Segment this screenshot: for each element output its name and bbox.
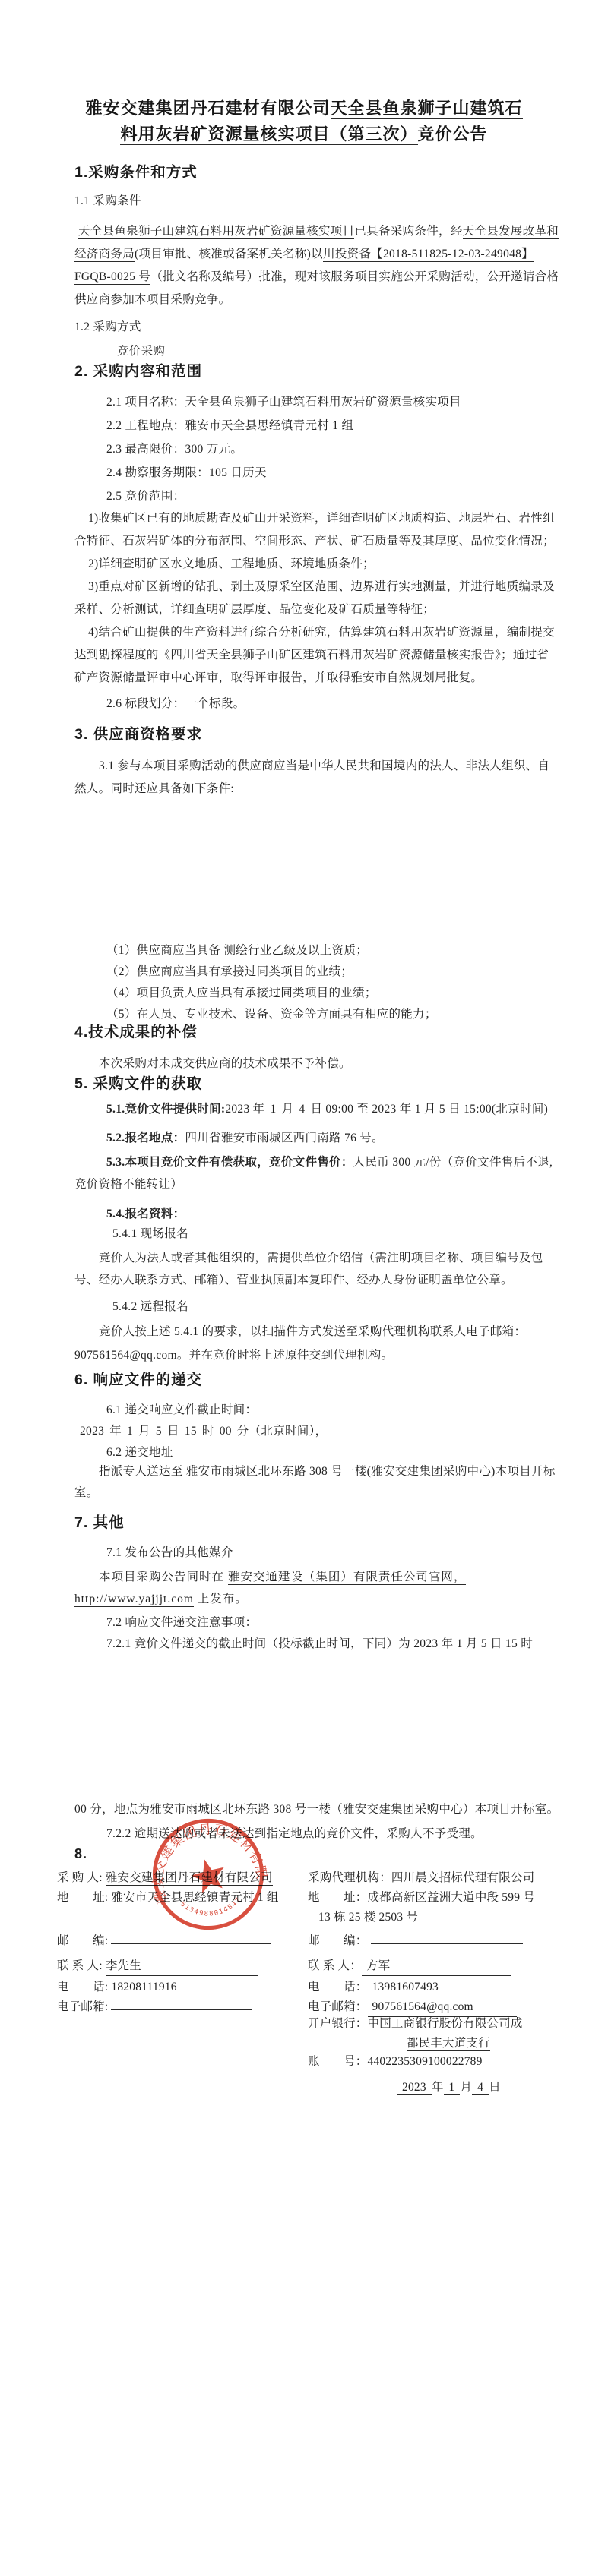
- procurement-method: 竞价采购: [74, 340, 603, 363]
- buyer-zip-label: 邮 编:: [57, 1934, 108, 1947]
- item-service-period: 2.4 勘察服务期限：105 日历天: [74, 461, 561, 485]
- req-item-1: （1）供应商应当具备 测绘行业乙级及以上资质；: [74, 940, 561, 961]
- doc-title-line-1: 雅安交建集团丹石建材有限公司天全县鱼泉狮子山建筑石: [0, 96, 608, 121]
- time-text: 日 09:00 至 2023 年 1 月 5 日 15:00(北京时间): [310, 1103, 548, 1116]
- item-remote-registration: 5.4.2 远程报名: [74, 1296, 599, 1318]
- time-sep: 年: [109, 1425, 122, 1438]
- announcement-date: 2023年1月4日: [397, 2079, 501, 2096]
- section-5-heading: 5. 采购文件的获取: [74, 1074, 561, 1094]
- time-text: 2023 年: [225, 1103, 264, 1116]
- title-project-part1: 天全县鱼泉狮子山建筑石: [331, 99, 523, 119]
- agency-bank-row: 开户银行：中国工商银行股份有限公司成: [308, 2016, 523, 2032]
- section-4-heading: 4.技术成果的补偿: [74, 1022, 561, 1042]
- title-project-part2: 料用灰岩矿资源量核实项目（第三次）: [120, 125, 417, 145]
- page-break-gap: [0, 805, 608, 934]
- qualification-list: （1）供应商应当具备 测绘行业乙级及以上资质； （2）供应商应当具有承接过同类项…: [74, 940, 561, 1025]
- para-text: (项目审批、核准或备案机关名称)以: [135, 248, 323, 260]
- page-break-gap: [0, 1656, 608, 1792]
- scanned-announcement-document: 雅安交建集团丹石建材有限公司天全县鱼泉狮子山建筑石 料用灰岩矿资源量核实项目（第…: [0, 0, 608, 2576]
- buyer-label: 采 购 人:: [57, 1871, 103, 1884]
- agency-phone: 13981607493: [368, 1979, 517, 1997]
- month-underlined: 1: [122, 1425, 138, 1438]
- time-sep: 时: [202, 1425, 214, 1438]
- item-project-location: 2.2 工程地点：雅安市天全县思经镇青元村 1 组: [74, 414, 561, 437]
- agency-bank-row-2: 都民丰大道支行: [308, 2035, 490, 2052]
- agency-bank-line2: 都民丰大道支行: [407, 2037, 490, 2051]
- buyer-phone: 18208111916: [111, 1979, 263, 1997]
- publisher-website-name: 雅安交通建设（集团）有限责任公司官网，: [228, 1571, 467, 1585]
- section-6-heading: 6. 响应文件的递交: [74, 1370, 561, 1390]
- agency-account-label: 账 号：: [308, 2055, 368, 2068]
- buyer-contact-row: 联 系 人: 李先生: [57, 1958, 258, 1976]
- para-text: 已具备采购条件，经: [354, 225, 462, 238]
- buyer-email-blank: [111, 1999, 252, 2010]
- agency-zip-blank: [371, 1933, 523, 1944]
- year-underlined: 2023: [74, 1425, 109, 1438]
- section-7-heading: 7. 其他: [74, 1513, 561, 1533]
- item-onsite-registration: 5.4.1 现场报名: [74, 1223, 599, 1245]
- section-1-2-subheading: 1.2 采购方式: [74, 317, 561, 337]
- buyer-address-label: 地 址:: [57, 1891, 108, 1904]
- date-sep: 日: [489, 2081, 501, 2094]
- para-text: 指派专人送达至: [99, 1465, 186, 1478]
- company-seal-icon: 雅安交建集团丹石建材有限公司 5134988014847: [144, 1810, 272, 1938]
- agency-address: 成都高新区益洲大道中段 599 号: [368, 1891, 535, 1904]
- title-company: 雅安交建集团丹石建材有限公司: [85, 99, 330, 118]
- delivery-address-underlined: 雅安市雨城区北环东路 308 号一楼(雅安交建集团采购中心): [186, 1465, 496, 1479]
- agency-email-label: 电子邮箱：: [308, 2000, 368, 2013]
- agency-row: 采购代理机构：四川晨文招标代理有限公司: [308, 1870, 534, 1886]
- agency-address-label: 地 址：: [308, 1891, 368, 1904]
- section-3-heading: 3. 供应商资格要求: [74, 724, 561, 744]
- section-1-heading: 1.采购条件和方式: [74, 163, 561, 182]
- agency-email-row: 电子邮箱：907561564@qq.com: [308, 1999, 517, 2017]
- item-lot-division: 2.6 标段划分：一个标段。: [74, 693, 593, 715]
- seal-company-text: 雅安交建集团丹石建材有限公司: [144, 1810, 271, 1909]
- time-text: 月: [282, 1103, 294, 1116]
- para-supplier-qualification: 3.1 参与本项目采购活动的供应商应当是中华人民共和国境内的法人、非法人组织、自…: [74, 755, 561, 800]
- date-month: 1: [444, 2081, 461, 2095]
- req-qualification-underlined: 测绘行业乙级及以上资质: [223, 944, 356, 958]
- buyer-contact-name: 李先生: [106, 1958, 258, 1976]
- agency-bank-label: 开户银行：: [308, 2017, 368, 2030]
- website-url-text: http://www.yajjjt.com: [74, 1593, 194, 1607]
- section-2-items: 2.1 项目名称：天全县鱼泉狮子山建筑石料用灰岩矿资源量核实项目 2.2 工程地…: [74, 390, 561, 508]
- agency-email-text: 907561564@qq.com: [74, 1349, 177, 1362]
- agency-account-row: 账 号：4402235309100022789: [308, 2054, 483, 2070]
- date-day: 4: [472, 2081, 489, 2095]
- date-sep: 月: [460, 2081, 472, 2094]
- agency-address-row-2: 13 栋 25 楼 2503 号: [308, 1909, 418, 1926]
- item-doc-price: 5.3.本项目竞价文件有偿获取，竞价文件售价：人民币 300 元/份（竞价文件售…: [74, 1151, 561, 1195]
- agency-zip-label: 邮 编：: [308, 1934, 368, 1947]
- item-bidding-scope-label: 2.5 竞价范围：: [74, 485, 561, 508]
- buyer-contact-label: 联 系 人:: [57, 1959, 103, 1972]
- req-text: （1）供应商应当具备: [106, 944, 223, 957]
- agency-account-number: 4402235309100022789: [368, 2055, 483, 2069]
- item-project-name: 2.1 项目名称：天全县鱼泉狮子山建筑石料用灰岩矿资源量核实项目: [74, 390, 561, 414]
- hour-underlined: 15: [179, 1425, 202, 1438]
- scope-item-2: 2)详细查明矿区水文地质、工程地质、环境地质条件；: [74, 553, 561, 576]
- scope-item-3: 3)重点对矿区新增的钻孔、剥土及原采空区范围、边界进行实地测量，并进行地质编录及…: [74, 576, 561, 621]
- req-item-4: （4）项目负责人应当具有承接过同类项目的业绩；: [74, 983, 561, 1004]
- time-sep: 月: [138, 1425, 150, 1438]
- svg-text:雅安交建集团丹石建材有限公司: 雅安交建集团丹石建材有限公司: [144, 1810, 271, 1909]
- agency-contact-label: 联 系 人：: [308, 1959, 362, 1972]
- para-text: 。并在竞价时将上述原件交到代理机构。: [177, 1349, 393, 1362]
- para-compensation: 本次采购对未成交供应商的技术成果不予补偿。: [74, 1053, 561, 1075]
- item-7-2-1-part1: 7.2.1 竞价文件递交的截止时间（投标截止时间，下同）为 2023 年 1 月…: [74, 1633, 593, 1656]
- time-sep: 分（北京时间），: [237, 1425, 328, 1438]
- para-text: 本项目采购公告同时在: [99, 1571, 228, 1583]
- agency-label: 采购代理机构：: [308, 1871, 391, 1884]
- item-deadline-label: 6.1 递交响应文件截止时间：: [74, 1399, 593, 1422]
- para-text: 竞价人按上述 5.4.1 的要求，以扫描件方式发送至采购代理机构联系人电子邮箱：: [99, 1325, 526, 1338]
- item-price-ceiling: 2.3 最高限价：300 万元。: [74, 437, 561, 461]
- agency-contact-name: 方军: [362, 1958, 511, 1976]
- agency-address-row: 地 址：成都高新区益洲大道中段 599 号: [308, 1889, 535, 1906]
- seal-star: [188, 1855, 229, 1895]
- item-5-3-label: 5.3.本项目竞价文件有偿获取，竞价文件售价：: [106, 1156, 353, 1169]
- item-5-1-label: 5.1.竞价文件提供时间:: [106, 1103, 225, 1116]
- day-underlined: 5: [150, 1425, 167, 1438]
- para-delivery-address: 指派专人送达至 雅安市雨城区北环东路 308 号一楼(雅安交建集团采购中心)本项…: [74, 1461, 561, 1504]
- para-text: 上发布。: [194, 1593, 248, 1605]
- para-remote-registration: 竞价人按上述 5.4.1 的要求，以扫描件方式发送至采购代理机构联系人电子邮箱：…: [74, 1320, 561, 1367]
- section-2-heading: 2. 采购内容和范围: [74, 361, 561, 381]
- deadline-datetime: 2023年1月5日15时00分（北京时间），: [74, 1420, 561, 1443]
- doc-title-line-2: 料用灰岩矿资源量核实项目（第三次）竞价公告: [0, 122, 608, 147]
- agency-contact-row: 联 系 人：方军: [308, 1958, 511, 1976]
- month-underlined: 1: [265, 1103, 282, 1116]
- time-sep: 日: [167, 1425, 179, 1438]
- agency-bank-line1: 中国工商银行股份有限公司成: [368, 2017, 523, 2031]
- agency-phone-row: 电 话：13981607493: [308, 1979, 517, 1997]
- item-5-2-label: 5.2.报名地点：: [106, 1132, 185, 1144]
- para-purchase-conditions: 天全县鱼泉狮子山建筑石料用灰岩矿资源量核实项目已具备采购条件，经天全县发展改革和…: [74, 220, 561, 311]
- date-year: 2023: [397, 2081, 432, 2095]
- agency-name: 四川晨文招标代理有限公司: [391, 1871, 534, 1884]
- para-publish-media: 本项目采购公告同时在 雅安交通建设（集团）有限责任公司官网，http://www…: [74, 1566, 561, 1610]
- item-other-media: 7.1 发布公告的其他媒介: [74, 1542, 593, 1564]
- scope-item-1: 1)收集矿区已有的地质勘查及矿山开采资料，详细查明矿区地质构造、地层岩石、岩性组…: [74, 507, 561, 553]
- buyer-phone-row: 电 话: 18208111916: [57, 1979, 263, 1997]
- date-sep: 年: [432, 2081, 444, 2094]
- req-item-2: （2）供应商应当具有承接过同类项目的业绩；: [74, 961, 561, 983]
- agency-zip-row: 邮 编：: [308, 1933, 523, 1949]
- para-onsite-registration: 竞价人为法人或者其他组织的，需提供单位介绍信（需注明项目名称、项目编号及包号、经…: [74, 1247, 561, 1291]
- buyer-email-row: 电子邮箱:: [57, 1999, 252, 2016]
- buyer-email-label: 电子邮箱:: [57, 2000, 108, 2013]
- req-text: ；: [356, 944, 368, 957]
- scope-item-4: 4)结合矿山提供的生产资料进行综合分析研究，估算建筑石料用灰岩矿资源量，编制提交…: [74, 621, 561, 690]
- buyer-phone-label: 电 话:: [57, 1981, 108, 1994]
- title-doc-type: 竞价公告: [418, 125, 488, 144]
- seal-svg: 雅安交建集团丹石建材有限公司 5134988014847: [144, 1810, 272, 1938]
- project-name-underlined: 天全县鱼泉狮子山建筑石料用灰岩矿资源量核实项目: [78, 225, 354, 239]
- minute-underlined: 00: [214, 1425, 237, 1438]
- item-registration-place: 5.2.报名地点：四川省雅安市雨城区西门南路 76 号。: [74, 1127, 593, 1150]
- address-text: 四川省雅安市雨城区西门南路 76 号。: [185, 1132, 383, 1144]
- item-doc-provide-time: 5.1.竞价文件提供时间:2023 年1月4日 09:00 至 2023 年 1…: [74, 1098, 593, 1121]
- item-submission-notes: 7.2 响应文件递交注意事项：: [74, 1612, 593, 1634]
- day-underlined: 4: [293, 1103, 310, 1116]
- agency-email: 907561564@qq.com: [368, 1999, 517, 2017]
- section-1-1-subheading: 1.1 采购条件: [74, 191, 561, 211]
- agency-phone-label: 电 话：: [308, 1981, 368, 1994]
